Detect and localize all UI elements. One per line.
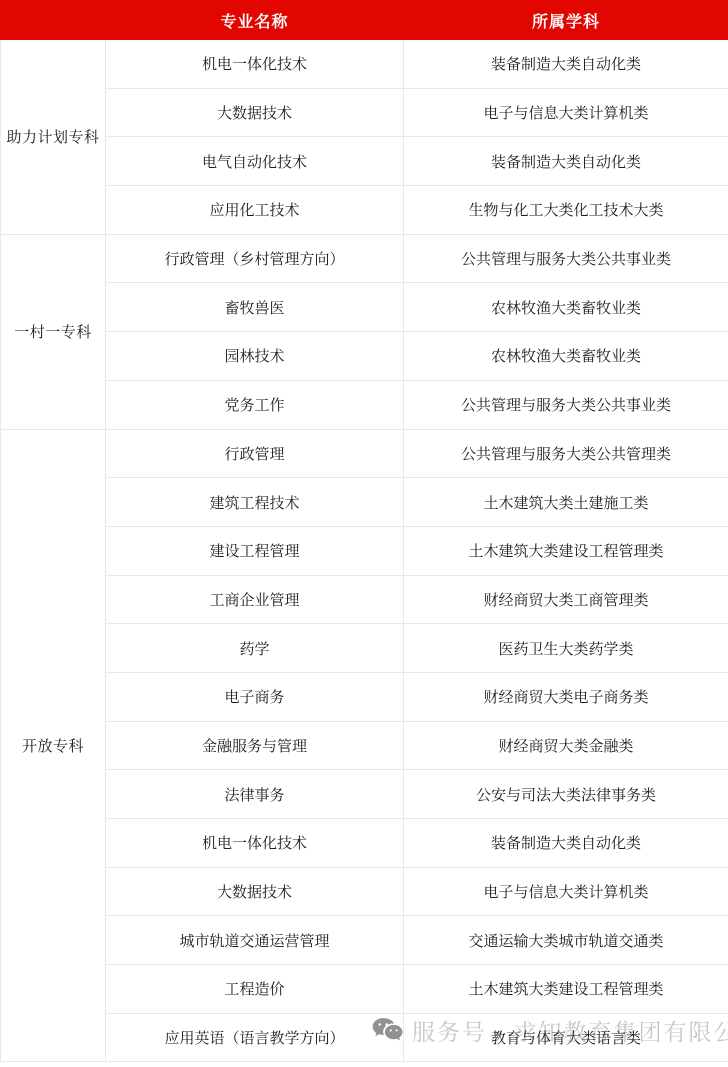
discipline-cell: 财经商贸大类金融类 (404, 721, 728, 770)
major-cell: 工程造价 (106, 965, 404, 1014)
table-row: 电气自动化技术装备制造大类自动化类 (1, 137, 728, 186)
major-cell: 大数据技术 (106, 88, 404, 137)
discipline-cell: 电子与信息大类计算机类 (404, 867, 728, 916)
discipline-cell: 公安与司法大类法律事务类 (404, 770, 728, 819)
table-row: 法律事务公安与司法大类法律事务类 (1, 770, 728, 819)
discipline-cell: 公共管理与服务大类公共事业类 (404, 380, 728, 429)
discipline-cell: 财经商贸大类电子商务类 (404, 672, 728, 721)
major-cell: 大数据技术 (106, 867, 404, 916)
header-discipline: 所属学科 (404, 1, 728, 40)
table-row: 工商企业管理财经商贸大类工商管理类 (1, 575, 728, 624)
major-cell: 党务工作 (106, 380, 404, 429)
discipline-cell: 土木建筑大类建设工程管理类 (404, 965, 728, 1014)
discipline-cell: 装备制造大类自动化类 (404, 137, 728, 186)
table-row: 大数据技术电子与信息大类计算机类 (1, 867, 728, 916)
major-cell: 建筑工程技术 (106, 478, 404, 527)
major-cell: 城市轨道交通运营管理 (106, 916, 404, 965)
major-cell: 建设工程管理 (106, 526, 404, 575)
header-row: 专业名称 所属学科 (1, 1, 728, 40)
group-cell: 开放专科 (1, 429, 106, 1062)
discipline-cell: 生物与化工大类化工技术大类 (404, 186, 728, 235)
discipline-cell: 电子与信息大类计算机类 (404, 88, 728, 137)
table-row: 金融服务与管理财经商贸大类金融类 (1, 721, 728, 770)
discipline-cell: 装备制造大类自动化类 (404, 819, 728, 868)
group-cell: 助力计划专科 (1, 40, 106, 235)
major-cell: 药学 (106, 624, 404, 673)
major-cell: 金融服务与管理 (106, 721, 404, 770)
page: 服务号 · 求知教育集团有限公司 专业名称 所属学科 助力计划专科机电一体化技术… (0, 0, 728, 1067)
table-row: 建筑工程技术土木建筑大类土建施工类 (1, 478, 728, 527)
table-row: 城市轨道交通运营管理交通运输大类城市轨道交通类 (1, 916, 728, 965)
table-row: 应用化工技术生物与化工大类化工技术大类 (1, 186, 728, 235)
discipline-cell: 公共管理与服务大类公共事业类 (404, 234, 728, 283)
table-row: 机电一体化技术装备制造大类自动化类 (1, 819, 728, 868)
table-row: 畜牧兽医农林牧渔大类畜牧业类 (1, 283, 728, 332)
major-cell: 机电一体化技术 (106, 40, 404, 89)
table-row: 电子商务财经商贸大类电子商务类 (1, 672, 728, 721)
majors-table: 专业名称 所属学科 助力计划专科机电一体化技术装备制造大类自动化类大数据技术电子… (0, 0, 728, 1062)
table-row: 党务工作公共管理与服务大类公共事业类 (1, 380, 728, 429)
major-cell: 园林技术 (106, 332, 404, 381)
major-cell: 行政管理 (106, 429, 404, 478)
header-major-name: 专业名称 (106, 1, 404, 40)
major-cell: 畜牧兽医 (106, 283, 404, 332)
major-cell: 电子商务 (106, 672, 404, 721)
header-group-spacer (1, 1, 106, 40)
table-row: 应用英语（语言教学方向）教育与体育大类语言类 (1, 1013, 728, 1062)
major-cell: 应用化工技术 (106, 186, 404, 235)
discipline-cell: 农林牧渔大类畜牧业类 (404, 332, 728, 381)
discipline-cell: 财经商贸大类工商管理类 (404, 575, 728, 624)
major-cell: 电气自动化技术 (106, 137, 404, 186)
group-cell: 一村一专科 (1, 234, 106, 429)
discipline-cell: 公共管理与服务大类公共管理类 (404, 429, 728, 478)
discipline-cell: 教育与体育大类语言类 (404, 1013, 728, 1062)
table-row: 药学医药卫生大类药学类 (1, 624, 728, 673)
table-row: 建设工程管理土木建筑大类建设工程管理类 (1, 526, 728, 575)
major-cell: 行政管理（乡村管理方向） (106, 234, 404, 283)
table-row: 大数据技术电子与信息大类计算机类 (1, 88, 728, 137)
table-row: 助力计划专科机电一体化技术装备制造大类自动化类 (1, 40, 728, 89)
table-row: 园林技术农林牧渔大类畜牧业类 (1, 332, 728, 381)
discipline-cell: 交通运输大类城市轨道交通类 (404, 916, 728, 965)
table-row: 一村一专科行政管理（乡村管理方向）公共管理与服务大类公共事业类 (1, 234, 728, 283)
discipline-cell: 土木建筑大类建设工程管理类 (404, 526, 728, 575)
major-cell: 机电一体化技术 (106, 819, 404, 868)
discipline-cell: 土木建筑大类土建施工类 (404, 478, 728, 527)
table-row: 开放专科行政管理公共管理与服务大类公共管理类 (1, 429, 728, 478)
major-cell: 应用英语（语言教学方向） (106, 1013, 404, 1062)
major-cell: 工商企业管理 (106, 575, 404, 624)
discipline-cell: 农林牧渔大类畜牧业类 (404, 283, 728, 332)
major-cell: 法律事务 (106, 770, 404, 819)
discipline-cell: 装备制造大类自动化类 (404, 40, 728, 89)
table-row: 工程造价土木建筑大类建设工程管理类 (1, 965, 728, 1014)
discipline-cell: 医药卫生大类药学类 (404, 624, 728, 673)
